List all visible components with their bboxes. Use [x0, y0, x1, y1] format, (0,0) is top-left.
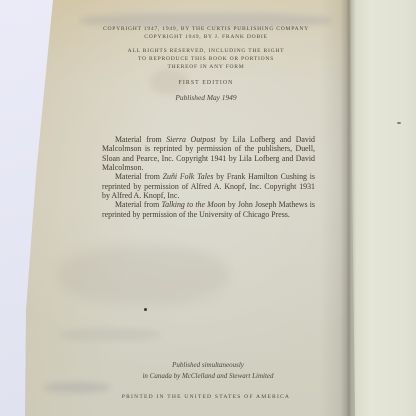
copyright-line: COPYRIGHT 1947, 1949, BY THE CURTIS PUBL… — [58, 26, 354, 34]
rights-line: ALL RIGHTS RESERVED, INCLUDING THE RIGHT — [58, 48, 354, 56]
show-through-smudge — [44, 382, 110, 393]
permission-text: Material from — [115, 200, 161, 209]
book-title: Talking to the Moon — [161, 200, 225, 209]
canada-line: in Canada by McClelland and Stewart Limi… — [58, 371, 358, 382]
rights-line: TO REPRODUCE THIS BOOK OR PORTIONS — [58, 56, 354, 64]
book-title: Zuñi Folk Tales — [163, 172, 214, 181]
permission-text: Material from — [115, 135, 166, 144]
copyright-line: COPYRIGHT 1949, BY J. FRANK DOBIE — [58, 34, 354, 42]
permission-text: Material from — [115, 172, 163, 181]
show-through-smudge — [60, 328, 160, 341]
copyright-page: COPYRIGHT 1947, 1949, BY THE CURTIS PUBL… — [0, 0, 356, 416]
paper-speck — [144, 308, 147, 311]
rights-line: THEREOF IN ANY FORM — [58, 64, 354, 72]
show-through-smudge — [58, 246, 228, 304]
permission-paragraph: Material from Sierra Outpost by Lila Lof… — [102, 135, 315, 172]
permission-paragraph: Material from Talking to the Moon by Joh… — [102, 200, 315, 219]
printed-in-usa-line: PRINTED IN THE UNITED STATES OF AMERICA — [58, 394, 354, 400]
paper-speck — [397, 122, 401, 124]
permission-paragraph: Material from Zuñi Folk Tales by Frank H… — [102, 172, 315, 200]
published-date-line: Published May 1949 — [58, 93, 354, 102]
book-title: Sierra Outpost — [166, 135, 215, 144]
canada-line: Published simultaneously — [58, 360, 358, 371]
book-gutter — [340, 0, 356, 416]
edition-line: FIRST EDITION — [58, 80, 354, 88]
permissions-block: Material from Sierra Outpost by Lila Lof… — [102, 135, 315, 219]
copyright-block: COPYRIGHT 1947, 1949, BY THE CURTIS PUBL… — [58, 26, 354, 102]
canada-imprint: Published simultaneously in Canada by Mc… — [58, 360, 358, 381]
book-photo-scene: COPYRIGHT 1947, 1949, BY THE CURTIS PUBL… — [0, 0, 416, 416]
